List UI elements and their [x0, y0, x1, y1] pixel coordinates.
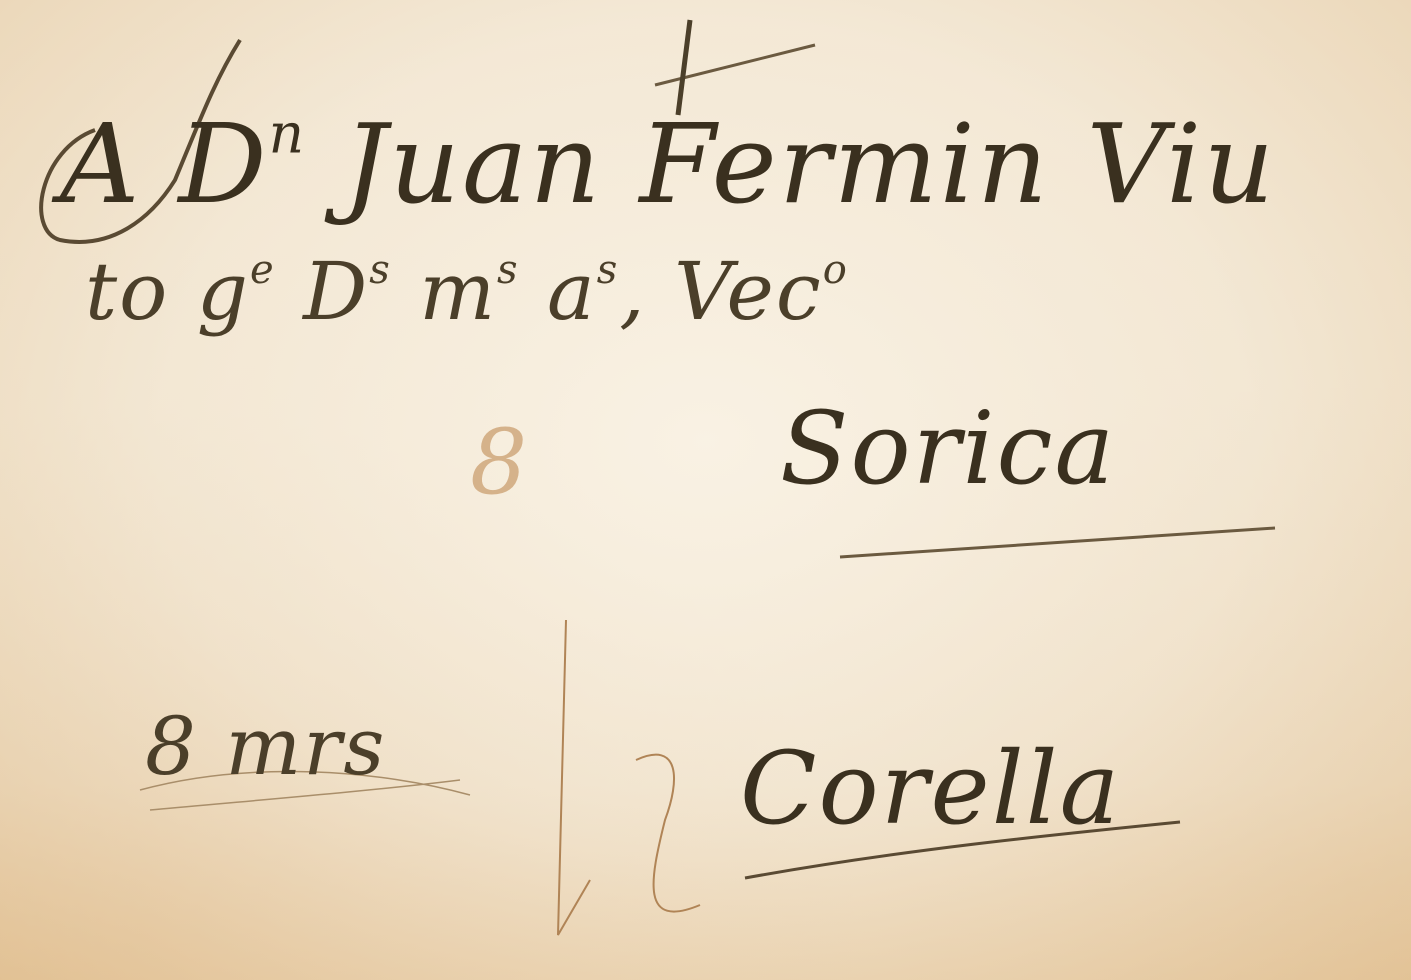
- destination-underline: [840, 528, 1275, 557]
- faint-pencil-mark: 8: [470, 410, 529, 515]
- destination-town: Sorica: [780, 390, 1116, 507]
- postal-rate-mark: 8 mrs: [145, 700, 386, 793]
- faint-mark-2: [636, 755, 700, 912]
- origin-town: Corella: [740, 730, 1121, 847]
- address-line-1: A Dn Juan Fermin Viu: [60, 100, 1276, 228]
- address-line-2: to ge Ds ms as, Veco: [85, 245, 849, 338]
- letter-cover: A Dn Juan Fermin Viu to ge Ds ms as, Vec…: [0, 0, 1411, 980]
- faint-mark-1: [558, 620, 590, 935]
- stroke-top-line: [655, 45, 815, 85]
